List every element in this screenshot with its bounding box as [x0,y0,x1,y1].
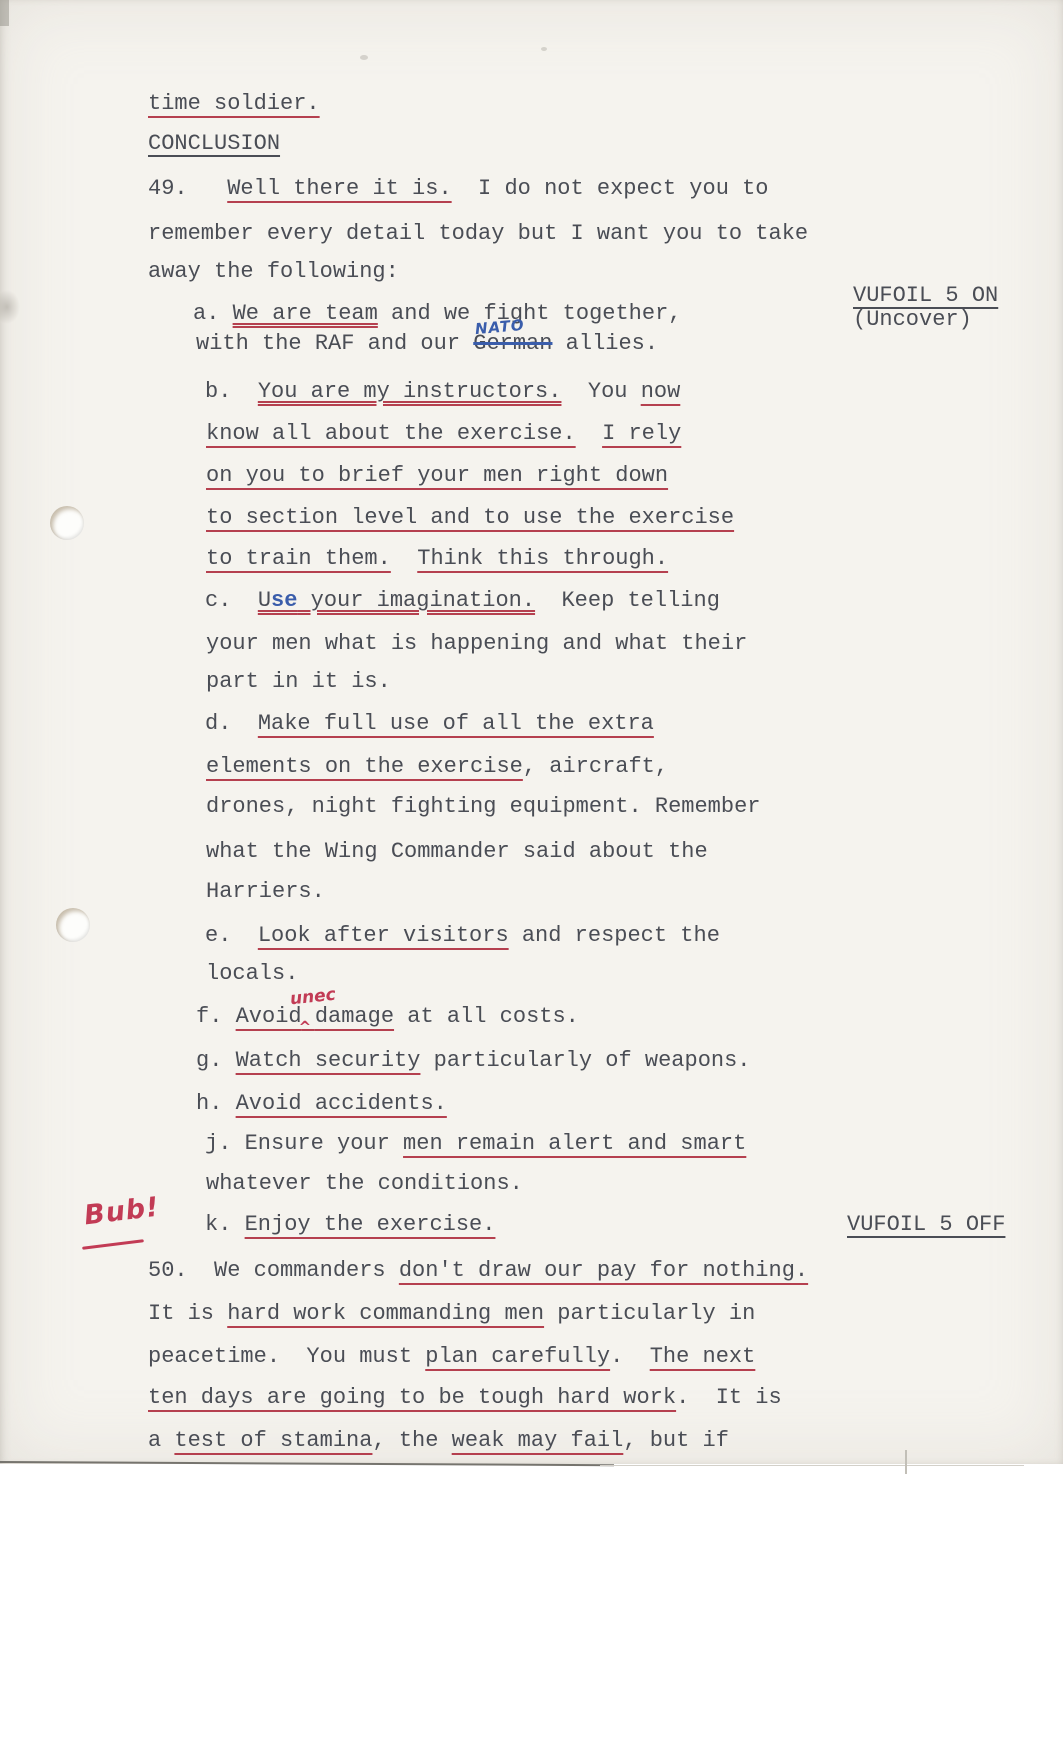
text-segment: allies. [552,331,658,356]
text-segment: k. [205,1212,245,1237]
text-segment: particularly in [544,1301,755,1326]
item-b-line-2: know all about the exercise. I rely [206,420,681,447]
text-segment: don't draw our pay for nothing. [399,1258,808,1283]
item-b-line-1: b. You are my instructors. You now [205,378,680,405]
text-segment: 50. We commanders [148,1258,399,1283]
text-segment: hard work commanding men [227,1301,544,1326]
text-segment: U [258,588,271,613]
para-50-line-3: peacetime. You must plan carefully. The … [148,1343,755,1370]
text-segment: on you to brief your men right down [206,463,668,488]
item-j-line-1: j. Ensure your men remain alert and smar… [205,1130,746,1157]
text-segment: away the following: [148,259,399,284]
page-edge-tick [905,1450,907,1474]
paper-speck [360,55,368,60]
text-segment: Think this through. [417,546,668,571]
text-segment: (Uncover) [853,307,972,332]
item-b-line-5: to train them. Think this through. [206,545,668,572]
item-a-line-2: with the RAF and our GermanNATO allies. [196,330,658,357]
text-segment: You [561,379,640,404]
vufoil-5-off-note: VUFOIL 5 OFF [847,1211,1005,1238]
text-segment: VUFOIL 5 ON [853,283,998,308]
item-c-line-3: part in it is. [206,668,391,695]
item-d-line-4: what the Wing Commander said about the [206,838,708,865]
text-segment: a [148,1428,174,1453]
text-segment: your men what is happening and what thei… [206,631,747,656]
text-segment: Look after visitors [258,923,509,948]
text-segment: plan carefully [425,1344,610,1369]
text-segment: The next [650,1344,756,1369]
item-j-line-2: whatever the conditions. [206,1170,523,1197]
item-c-line-1: c. Use your imagination. Keep telling [205,587,720,614]
text-segment: particularly of weapons. [420,1048,750,1073]
item-e-line-1: e. Look after visitors and respect the [205,922,720,949]
text-segment: with the RAF and our [196,331,473,356]
text-segment: locals. [206,961,298,986]
para-50-line-1: 50. We commanders don't draw our pay for… [148,1257,808,1284]
para-50-line-4: ten days are going to be tough hard work… [148,1384,782,1411]
para-49-line-3: away the following: [148,258,399,285]
text-segment: at all costs. [394,1004,579,1029]
text-segment: whatever the conditions. [206,1171,523,1196]
text-segment: now [641,379,681,404]
text-segment [391,546,417,571]
page-bottom-edge-faint [600,1465,1024,1466]
conclusion-heading: CONCLUSION [148,130,280,157]
line-time-soldier: time soldier. [148,90,320,117]
hole-punch-bottom [56,908,90,942]
text-segment: d. [205,711,258,736]
text-segment: GermanNATO [473,331,552,356]
text-segment: to section level and to use the exercise [206,505,734,530]
text-segment: ten days are going to be tough hard work [148,1385,676,1410]
text-segment: 49. [148,176,227,201]
text-segment: and we fight together, [378,301,682,326]
item-d-line-5: Harriers. [206,878,325,905]
insert-caret-mark: ^ [299,1014,312,1041]
text-segment: h. [196,1091,236,1116]
text-segment: Well there it is. [227,176,451,201]
text-segment: remember every detail today but I want y… [148,221,808,246]
vufoil-5-on-note: VUFOIL 5 ON [853,282,998,309]
text-segment: j. [205,1131,245,1156]
text-segment: , the [372,1428,451,1453]
text-segment: . It is [676,1385,782,1410]
text-segment: and respect the [509,923,720,948]
text-segment: Keep telling [535,588,720,613]
margin-note-bub: Bub! [84,1198,159,1228]
text-segment: Enjoy the exercise. [245,1212,496,1237]
para-49-line-2: remember every detail today but I want y… [148,220,808,247]
text-segment: se [271,588,297,613]
item-d-line-3: drones, night fighting equipment. Rememb… [206,793,761,820]
text-segment: I do not expect you to [452,176,769,201]
para-50-line-5: a test of stamina, the weak may fail, bu… [148,1427,729,1454]
item-g-line: g. Watch security particularly of weapon… [196,1047,751,1074]
text-segment: to train them. [206,546,391,571]
item-b-line-4: to section level and to use the exercise [206,504,734,531]
text-segment: Ensure your [245,1131,403,1156]
handwritten-unec-insert: unec [288,982,336,1014]
item-c-line-2: your men what is happening and what thei… [206,630,747,657]
paper-speck [541,47,547,51]
item-d-line-2: elements on the exercise, aircraft, [206,753,668,780]
handwritten-nato-correction: NATO [474,312,526,343]
text-segment: , but if [623,1428,729,1453]
text-segment: We are team [233,301,378,326]
text-segment: c. [205,588,258,613]
text-segment: b. [205,379,258,404]
item-h-line: h. Avoid accidents. [196,1090,447,1117]
text-segment: your imagination. [297,588,535,613]
item-f-line: f. Avoid unec^damage at all costs. [196,1003,579,1030]
text-segment: what the Wing Commander said about the [206,839,708,864]
para-50-line-2: It is hard work commanding men particula… [148,1300,755,1327]
text-segment: Avoid accidents. [236,1091,447,1116]
ink-smudge-artifact [0,290,20,324]
paper-sheet: time soldier.CONCLUSION49. Well there it… [0,0,1063,1464]
text-segment: Harriers. [206,879,325,904]
text-segment: time soldier. [148,91,320,116]
text-segment: f. [196,1004,236,1029]
text-segment: , aircraft, [523,754,668,779]
item-a-line-1: a. We are team and we fight together, [193,300,682,327]
text-segment [576,421,602,446]
scan-background: { "page": { "kind": "scanned typewritten… [0,0,1063,1751]
margin-note-underline-swash [82,1239,144,1250]
text-segment: peacetime. You must [148,1344,425,1369]
item-d-line-1: d. Make full use of all the extra [205,710,654,737]
item-b-line-3: on you to brief your men right down [206,462,668,489]
text-segment: e. [205,923,258,948]
text-segment: test of stamina [174,1428,372,1453]
text-segment: Make full use of all the extra [258,711,654,736]
item-e-line-2: locals. [206,960,298,987]
text-segment: unec^ [302,1004,315,1029]
hole-punch-top [50,506,84,540]
text-segment: Bub! [83,1194,161,1230]
scan-corner-artifact [0,0,9,26]
text-segment: part in it is. [206,669,391,694]
text-segment: g. [196,1048,236,1073]
text-segment: It is [148,1301,227,1326]
text-segment: . [610,1344,650,1369]
text-segment: VUFOIL 5 OFF [847,1212,1005,1237]
text-segment: drones, night fighting equipment. Rememb… [206,794,761,819]
text-segment: know all about the exercise. [206,421,576,446]
text-segment: elements on the exercise [206,754,523,779]
para-49-line-1: 49. Well there it is. I do not expect yo… [148,175,769,202]
text-segment: weak may fail [452,1428,624,1453]
text-segment: Watch security [236,1048,421,1073]
item-k-line: k. Enjoy the exercise. [205,1211,495,1238]
text-segment: I rely [602,421,681,446]
vufoil-uncover-note: (Uncover) [853,306,972,333]
text-segment: men remain alert and smart [403,1131,746,1156]
text-segment: a. [193,301,233,326]
text-segment: You are my instructors. [258,379,562,404]
text-segment: CONCLUSION [148,131,280,156]
